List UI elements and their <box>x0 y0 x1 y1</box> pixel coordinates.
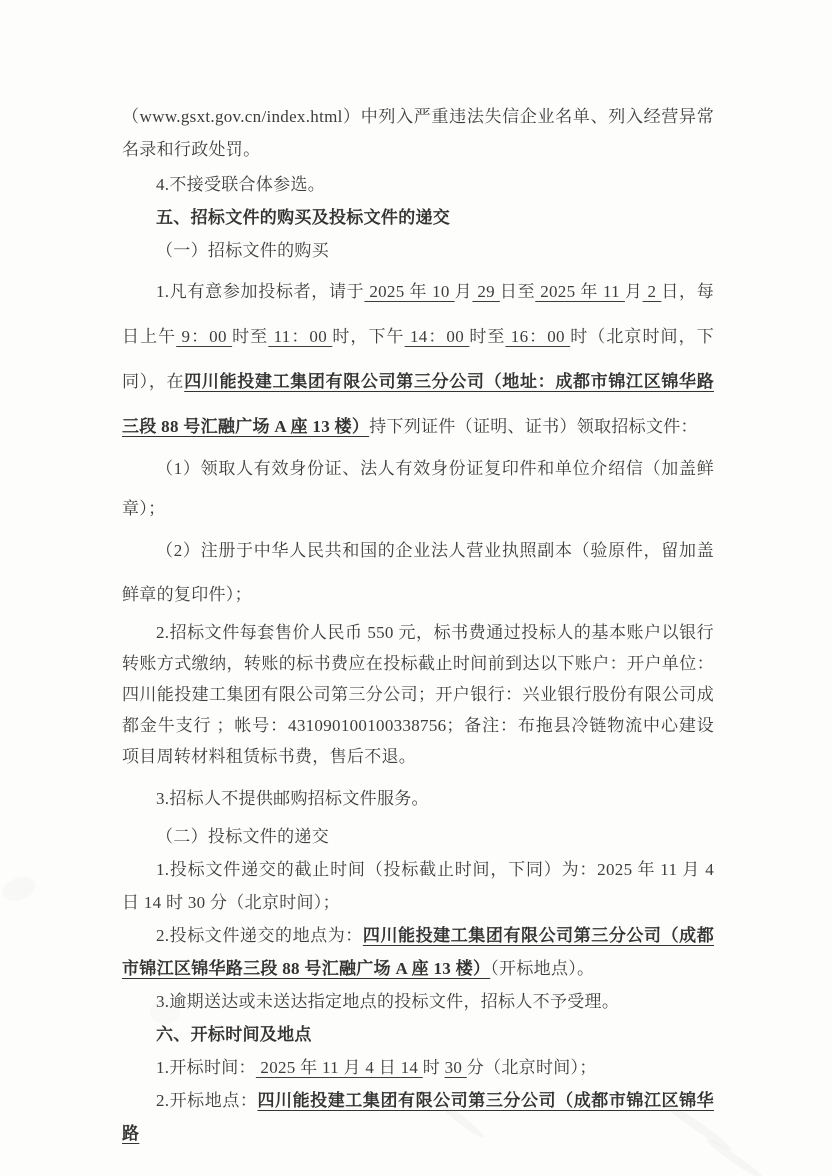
day-end-underlined: 2 <box>643 282 662 301</box>
heading-text: （二）投标文件的递交 <box>156 827 329 846</box>
text-segment: 4.不接受联合体参选。 <box>156 175 325 194</box>
document-page: （www.gsxt.gov.cn/index.html）中列入严重违法失信企业名… <box>0 0 832 1176</box>
heading-text: 六、开标时间及地点 <box>156 1025 312 1044</box>
paragraph-item-4-no-consortium: 4.不接受联合体参选。 <box>122 168 714 201</box>
text-segment: （开标地点）。 <box>490 959 594 978</box>
paragraph-submission-deadline: 1.投标文件递交的截止时间（投标截止时间，下同）为：2025 年 11 月 4 … <box>122 853 714 919</box>
date-end-underlined: 2025 年 11 <box>535 282 625 301</box>
paragraph-submission-place: 2.投标文件递交的地点为：四川能投建工集团有限公司第三分公司（成都市锦江区锦华路… <box>122 919 714 985</box>
text-segment: 月 <box>455 282 473 301</box>
text-segment: 2.开标地点： <box>156 1091 257 1110</box>
heading-text: 五、招标文件的购买及投标文件的递交 <box>156 208 450 227</box>
text-segment: 持下列证件（证明、证书）领取招标文件： <box>369 417 698 436</box>
paragraph-bid-opening-place: 2.开标地点：四川能投建工集团有限公司第三分公司（成都市锦江区锦华路 <box>122 1084 714 1150</box>
paragraph-certificate-item-1: （1）领取人有效身份证、法人有效身份证复印件和单位介绍信（加盖鲜章）； <box>122 449 714 529</box>
text-segment: 3.逾期送达或未送达指定地点的投标文件，招标人不予受理。 <box>156 992 619 1011</box>
text-segment: （2）注册于中华人民共和国的企业法人营业执照副本（验原件，留加盖鲜章的复印件）； <box>122 541 714 604</box>
paragraph-late-delivery-rejected: 3.逾期送达或未送达指定地点的投标文件，招标人不予受理。 <box>122 985 714 1018</box>
text-segment: （1）领取人有效身份证、法人有效身份证复印件和单位介绍信（加盖鲜章）； <box>122 459 714 518</box>
text-segment: 月 <box>625 282 643 301</box>
opening-datetime-underlined: 2025 年 11 月 4 日 14 <box>256 1058 423 1077</box>
text-segment: 1.投标文件递交的截止时间（投标截止时间，下同）为：2025 年 11 月 4 … <box>122 860 714 912</box>
text-segment: 3.招标人不提供邮购招标文件服务。 <box>156 789 429 808</box>
time-am-start-underlined: 9：00 <box>176 327 232 346</box>
text-segment: 2.投标文件递交的地点为： <box>156 926 363 945</box>
text-segment: 时至 <box>469 327 505 346</box>
paragraph-document-fee-bank-account: 2.招标文件每套售价人民币 550 元，标书费通过投标人的基本账户以银行转账方式… <box>122 617 714 772</box>
paragraph-no-mail-order: 3.招标人不提供邮购招标文件服务。 <box>122 782 714 815</box>
opening-minute-underlined: 30 <box>445 1058 467 1077</box>
time-pm-end-underlined: 16：00 <box>505 327 570 346</box>
day-start-underlined: 29 <box>472 282 500 301</box>
subsection-5-1-heading: （一）招标文件的购买 <box>122 234 714 267</box>
paragraph-purchase-time-place: 1.凡有意参加投标者，请于 2025 年 10 月 29 日至 2025 年 1… <box>122 269 714 449</box>
text-segment: 时 <box>423 1058 445 1077</box>
text-segment: 时，下午 <box>332 327 404 346</box>
heading-text: （一）招标文件的购买 <box>156 241 329 260</box>
paragraph-credit-blacklist-continuation: （www.gsxt.gov.cn/index.html）中列入严重违法失信企业名… <box>122 100 714 166</box>
text-segment: 2.招标文件每套售价人民币 550 元，标书费通过投标人的基本账户以银行转账方式… <box>122 623 714 766</box>
section-5-heading: 五、招标文件的购买及投标文件的递交 <box>122 201 714 234</box>
time-am-end-underlined: 11：00 <box>268 327 332 346</box>
scan-artifact <box>0 873 39 905</box>
text-segment: 时至 <box>232 327 268 346</box>
section-6-heading: 六、开标时间及地点 <box>122 1018 714 1051</box>
paragraph-bid-opening-time: 1.开标时间： 2025 年 11 月 4 日 14 时 30 分（北京时间）； <box>122 1051 714 1084</box>
text-segment: 分（北京时间）； <box>467 1058 597 1077</box>
date-start-underlined: 2025 年 10 <box>364 282 454 301</box>
text-segment: 日至 <box>500 282 535 301</box>
text-segment: 1.凡有意参加投标者，请于 <box>156 282 364 301</box>
subsection-5-2-heading: （二）投标文件的递交 <box>122 820 714 853</box>
paragraph-certificate-item-2: （2）注册于中华人民共和国的企业法人营业执照副本（验原件，留加盖鲜章的复印件）； <box>122 529 714 617</box>
text-segment: （www.gsxt.gov.cn/index.html）中列入严重违法失信企业名… <box>122 107 714 159</box>
time-pm-start-underlined: 14：00 <box>405 327 470 346</box>
text-segment: 1.开标时间： <box>156 1058 256 1077</box>
